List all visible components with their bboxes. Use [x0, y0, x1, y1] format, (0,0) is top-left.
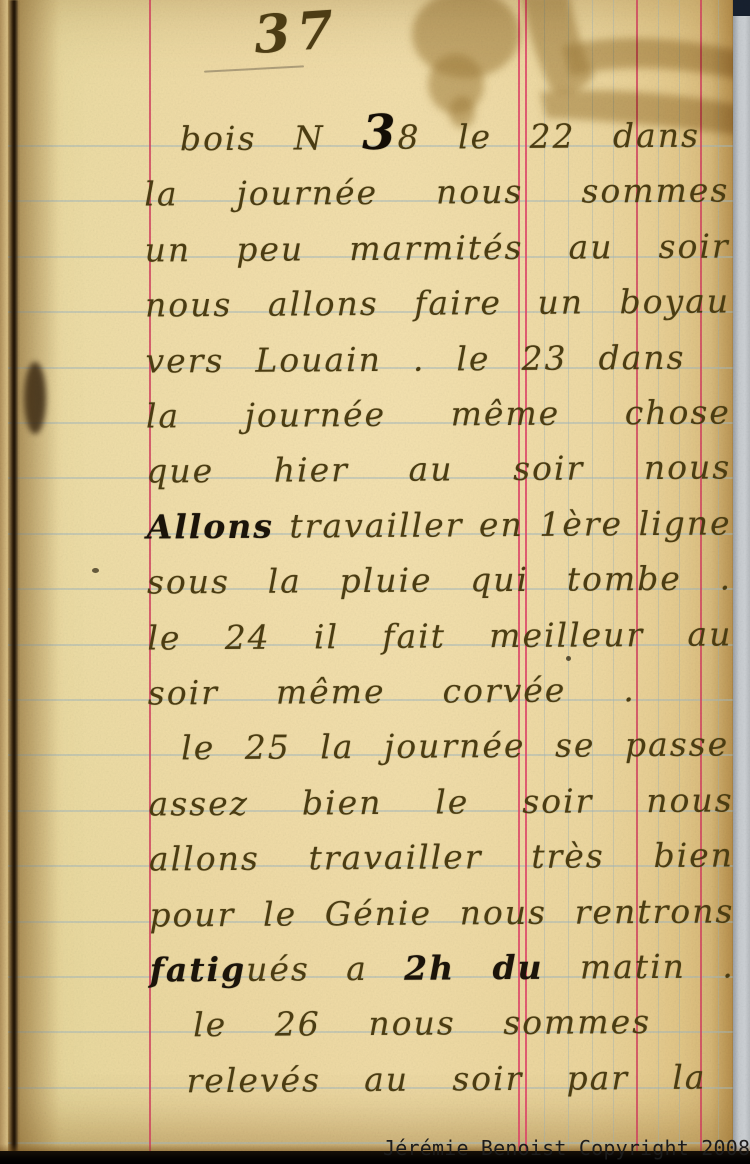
page-edge-right — [732, 0, 733, 1152]
manuscript-segment: soir même corvée . — [148, 670, 636, 712]
manuscript-line: que hier au soir nous — [146, 442, 731, 501]
manuscript-segment: nous allons faire un boyau — [145, 282, 730, 325]
ink-speck — [566, 656, 571, 661]
binding-shadow — [19, 0, 59, 1152]
scanner-background-strip — [733, 0, 750, 1155]
manuscript-line: bois N 38 le 22 dans — [180, 110, 700, 169]
manuscript-segment: assez bien le soir nous — [148, 780, 733, 823]
manuscript-segment: travailler en 1ère ligne — [274, 503, 732, 545]
manuscript-segment: 8 le 22 dans — [397, 116, 700, 157]
manuscript-line: vers Louain . le 23 dans — [145, 331, 685, 390]
manuscript-line: allons travailler très bien — [149, 830, 733, 889]
manuscript-line: la journée même chose — [146, 386, 731, 445]
manuscript-segment: fatig — [150, 950, 247, 990]
manuscript-line: un peu marmités au soir — [145, 220, 730, 279]
manuscript-line: soir même corvée . — [148, 664, 636, 722]
manuscript-segment: Allons — [147, 506, 275, 546]
manuscript-line: sous la pluie qui tombe . — [147, 553, 732, 612]
manuscript-segment: un peu marmités au soir — [145, 226, 730, 269]
previous-page-edge — [0, 0, 8, 1152]
manuscript-segment: le 26 nous sommes — [193, 1002, 651, 1044]
manuscript-segment: la journée même chose — [146, 392, 731, 435]
manuscript-line: relevés au soir par la — [186, 1051, 706, 1110]
manuscript-segment: bois N — [180, 118, 363, 158]
manuscript-segment: pour le Génie nous rentrons — [149, 891, 733, 934]
manuscript-segment: la journée nous sommes — [144, 171, 729, 214]
manuscript-segment: ués a — [246, 949, 404, 989]
manuscript-segment: matin . — [543, 946, 733, 986]
manuscript-line: la journée nous sommes — [144, 165, 729, 224]
manuscript-segment: 3 — [362, 105, 398, 161]
manuscript-line: fatigués a 2h du matin . — [150, 940, 733, 999]
copyright-credit: Jérémie Benoist Copyright 2008 — [383, 1136, 750, 1160]
manuscript-line: le 25 la journée se passe — [181, 719, 729, 778]
manuscript-segment: le 25 la journée se passe — [181, 725, 729, 768]
manuscript-line: nous allons faire un boyau — [145, 276, 730, 335]
manuscript-line: assez bien le soir nous — [148, 774, 733, 833]
manuscript-segment: sous la pluie qui tombe . — [147, 559, 732, 602]
manuscript-segment: allons travailler très bien — [149, 836, 733, 879]
manuscript-line: pour le Génie nous rentrons — [149, 885, 733, 944]
manuscript-segment: que hier au soir nous — [146, 448, 731, 491]
notebook-page-scan: 37 bois N 38 le 22 dansla journée nous s… — [0, 0, 750, 1164]
manuscript-segment: relevés au soir par la — [186, 1057, 706, 1100]
manuscript-segment: le 24 il fait meilleur au — [147, 614, 732, 657]
notebook-page: 37 bois N 38 le 22 dansla journée nous s… — [6, 0, 733, 1152]
manuscript-segment: 2h du — [404, 948, 544, 988]
manuscript-segment: vers Louain . le 23 dans — [145, 337, 685, 380]
manuscript-line: Allons travailler en 1ère ligne — [146, 497, 731, 556]
manuscript-line: le 24 il fait meilleur au — [147, 608, 732, 667]
ink-speck — [92, 568, 99, 573]
manuscript-text: bois N 38 le 22 dansla journée nous somm… — [6, 0, 733, 1152]
binding-gutter — [8, 0, 19, 1152]
manuscript-line: le 26 nous sommes — [193, 996, 651, 1054]
